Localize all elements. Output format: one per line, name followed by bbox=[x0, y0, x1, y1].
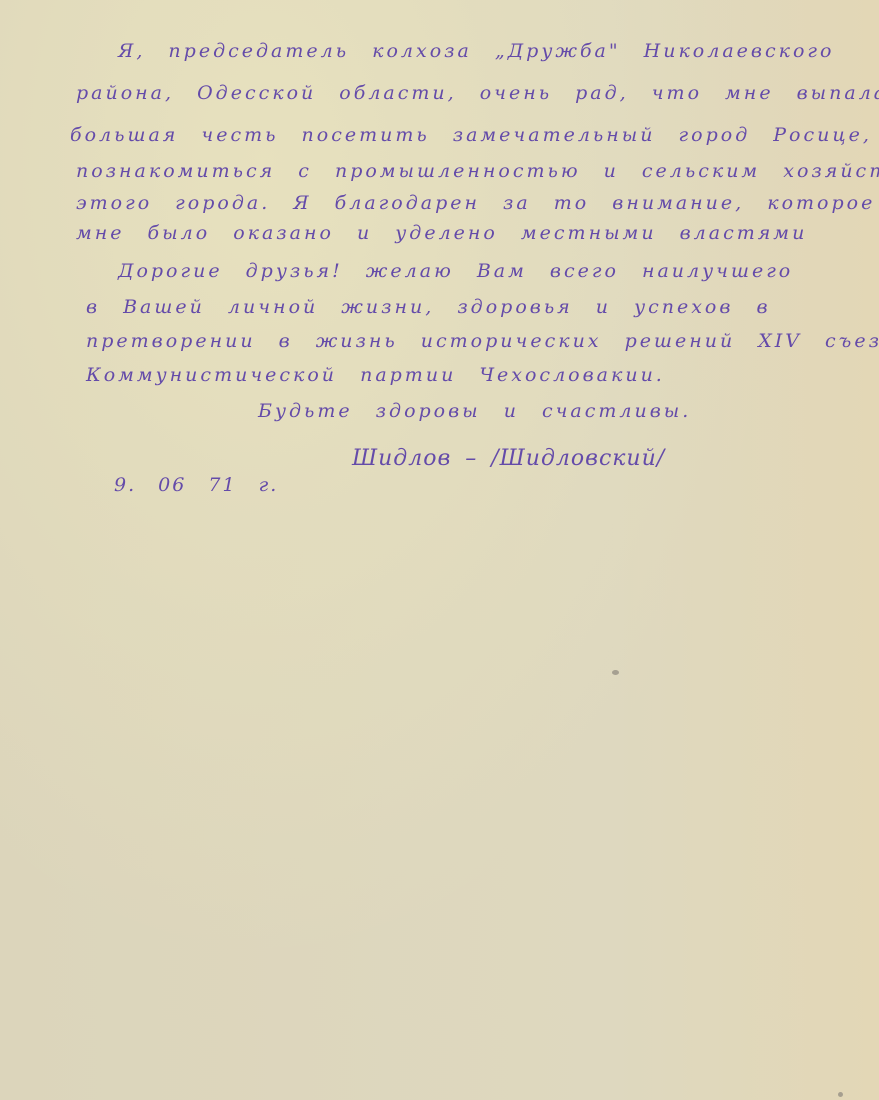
date: 9. 06 71 г. bbox=[114, 474, 278, 496]
letter-line-7: Дорогие друзья! желаю Вам всего наилучше… bbox=[118, 260, 793, 282]
letter-line-1: Я, председатель колхоза „Дружба" Николае… bbox=[118, 40, 834, 62]
paper-speck bbox=[838, 1092, 843, 1097]
letter-line-2: района, Одесской области, очень рад, что… bbox=[76, 82, 879, 104]
letter-line-6: мне было оказано и уделено местными влас… bbox=[76, 222, 807, 244]
letter-line-5: этого города. Я благодарен за то внимани… bbox=[76, 192, 875, 214]
letter-line-3: большая честь посетить замечательный гор… bbox=[70, 124, 872, 146]
signature: Шидлов – /Шидловский/ bbox=[352, 446, 665, 471]
paper-speck bbox=[612, 670, 619, 675]
letter-page: Я, председатель колхоза „Дружба" Николае… bbox=[0, 0, 879, 1100]
closing-line: Будьте здоровы и счастливы. bbox=[258, 400, 691, 422]
letter-line-8: в Вашей личной жизни, здоровья и успехов… bbox=[86, 296, 771, 318]
letter-line-10: Коммунистической партии Чехословакии. bbox=[86, 364, 665, 386]
letter-line-9: претворении в жизнь исторических решений… bbox=[86, 330, 879, 352]
letter-line-4: познакомиться с промышленностью и сельск… bbox=[76, 160, 879, 182]
